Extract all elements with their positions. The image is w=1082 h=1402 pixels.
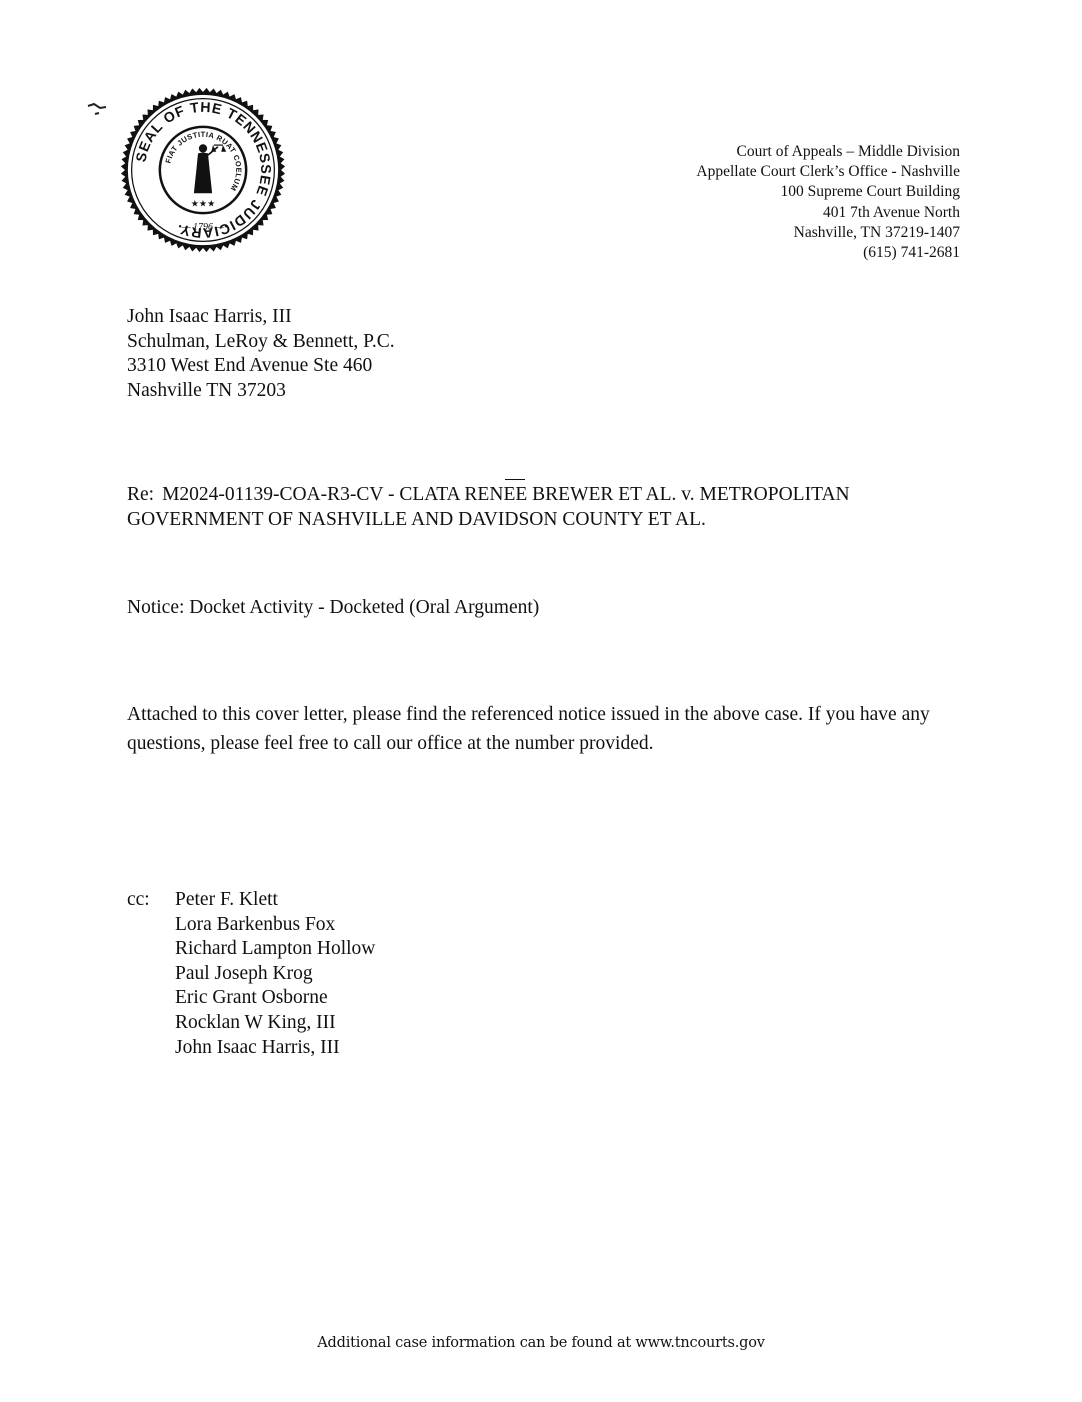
svg-text:★★★: ★★★ bbox=[191, 200, 216, 210]
case-separator: - bbox=[388, 484, 395, 505]
case-number: M2024-01139-COA-R3-CV bbox=[162, 484, 383, 505]
phone-number: (615) 741-2681 bbox=[696, 243, 960, 263]
recipient-firm: Schulman, LeRoy & Bennett, P.C. bbox=[127, 330, 395, 355]
notice-type: Notice: Docket Activity - Docketed (Oral… bbox=[127, 595, 539, 620]
city-state-zip: Nashville, TN 37219-1407 bbox=[696, 223, 960, 243]
case-caption-part1: CLATA REN bbox=[399, 484, 503, 505]
cc-label: cc: bbox=[127, 888, 175, 1060]
street-address: 401 7th Avenue North bbox=[696, 203, 960, 223]
court-return-address: Court of Appeals – Middle Division Appel… bbox=[696, 142, 960, 263]
cc-recipient: Richard Lampton Hollow bbox=[175, 937, 375, 962]
cc-recipient: Peter F. Klett bbox=[175, 888, 375, 913]
court-name: Court of Appeals – Middle Division bbox=[696, 142, 960, 162]
cc-recipient: Paul Joseph Krog bbox=[175, 962, 375, 987]
cc-recipients: Peter F. Klett Lora Barkenbus Fox Richar… bbox=[175, 888, 375, 1060]
cc-recipient: John Isaac Harris, III bbox=[175, 1036, 375, 1061]
building: 100 Supreme Court Building bbox=[696, 182, 960, 202]
case-reference: Re:M2024-01139-COA-R3-CV - CLATA RENEE B… bbox=[127, 482, 957, 532]
scan-artifact-mark bbox=[86, 100, 116, 130]
letter-page: SEAL OF THE TENNESSEE JUDICIARY FIAT JUS… bbox=[0, 0, 1082, 1402]
recipient-address: John Isaac Harris, III Schulman, LeRoy &… bbox=[127, 305, 395, 403]
recipient-name: John Isaac Harris, III bbox=[127, 305, 395, 330]
tennessee-judiciary-seal-icon: SEAL OF THE TENNESSEE JUDICIARY FIAT JUS… bbox=[120, 87, 286, 253]
footer-note: Additional case information can be found… bbox=[0, 1335, 1082, 1351]
re-label: Re: bbox=[127, 484, 154, 505]
letter-body: Attached to this cover letter, please fi… bbox=[127, 700, 957, 758]
cc-recipient: Eric Grant Osborne bbox=[175, 986, 375, 1011]
cc-list-block: cc: Peter F. Klett Lora Barkenbus Fox Ri… bbox=[127, 888, 375, 1060]
recipient-street: 3310 West End Avenue Ste 460 bbox=[127, 354, 395, 379]
recipient-city: Nashville TN 37203 bbox=[127, 379, 395, 404]
cc-recipient: Lora Barkenbus Fox bbox=[175, 913, 375, 938]
svg-text:•— 1796 —•: •— 1796 —• bbox=[178, 222, 228, 233]
cc-recipient: Rocklan W King, III bbox=[175, 1011, 375, 1036]
clerk-office: Appellate Court Clerk’s Office - Nashvil… bbox=[696, 162, 960, 182]
case-caption-macron: EE bbox=[503, 482, 527, 507]
